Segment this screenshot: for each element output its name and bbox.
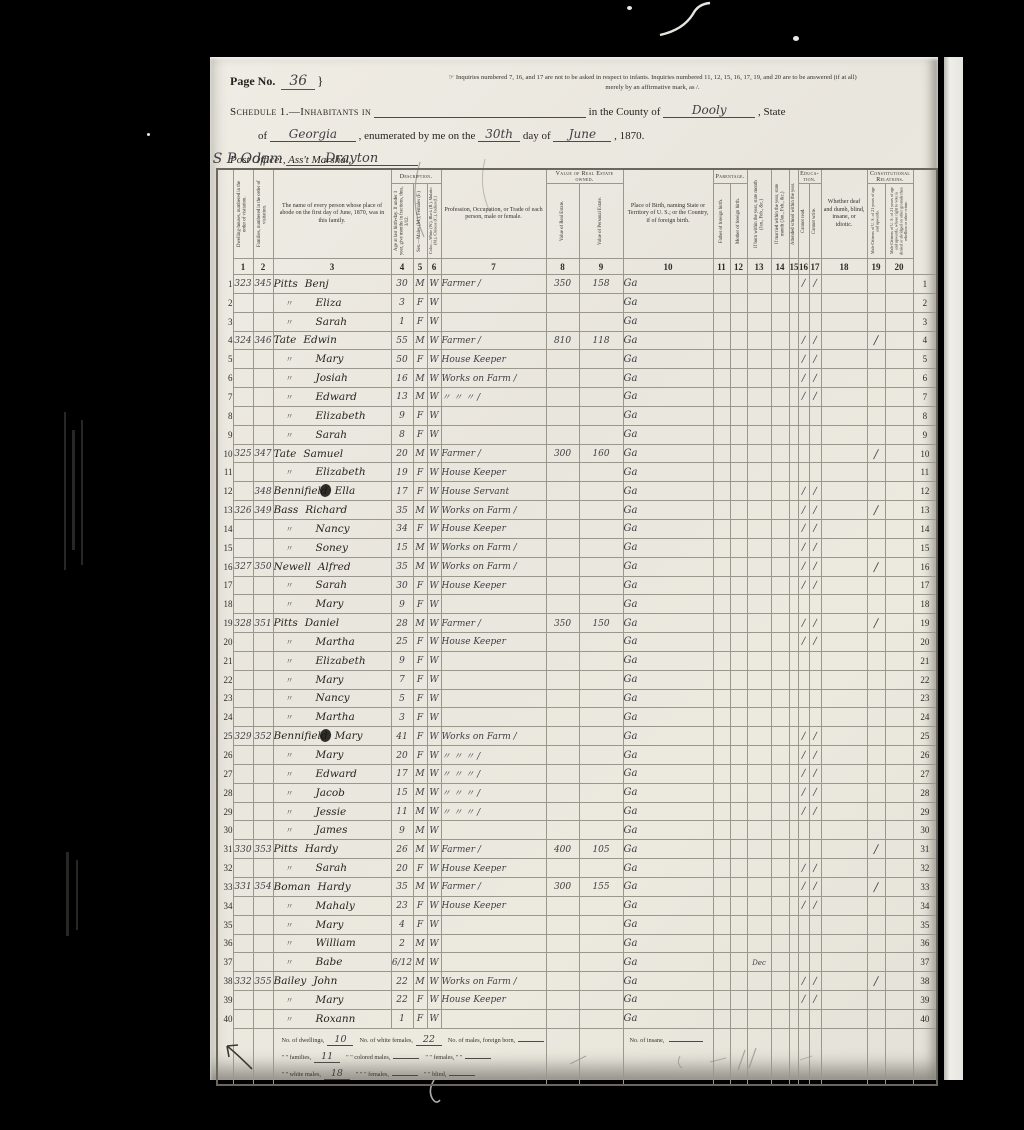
- cell-dwelling-number: [233, 821, 253, 840]
- cell-personal-estate-value: [579, 896, 623, 915]
- cell-male-citizen: [867, 727, 885, 746]
- pencil-scribbles: [560, 1042, 830, 1078]
- cell-age: 16: [391, 369, 413, 388]
- cell-personal-estate-value: [579, 915, 623, 934]
- cell-age: 8: [391, 425, 413, 444]
- table-row: 29〃Jessie11MW〃 〃 〃 /Ga∕∕29: [217, 802, 937, 821]
- cell-birthplace: Ga: [623, 538, 713, 557]
- cell-color: W: [427, 840, 441, 859]
- cell-name: PittsDaniel: [273, 614, 391, 633]
- cell-cannot-read: ∕: [798, 859, 809, 878]
- cell-mother-foreign: [730, 746, 747, 765]
- cell-dwelling-number: [233, 915, 253, 934]
- row-number-left: 34: [217, 896, 233, 915]
- cell-birthplace: Ga: [623, 840, 713, 859]
- cell-birthplace: Ga: [623, 972, 713, 991]
- cell-occupation: Farmer /: [441, 878, 546, 897]
- cell-father-foreign: [713, 350, 730, 369]
- cell-age: 1: [391, 1009, 413, 1028]
- table-row: 22〃Mary7FWGa22: [217, 670, 937, 689]
- cell-male-citizen: ∕: [867, 331, 885, 350]
- cell-attended-school: [789, 576, 798, 595]
- cell-attended-school: [789, 859, 798, 878]
- cell-cannot-write: ∕: [809, 538, 821, 557]
- cell-personal-estate-value: [579, 633, 623, 652]
- cell-marriage-month: [771, 708, 789, 727]
- cell-birthplace: Ga: [623, 444, 713, 463]
- cell-cannot-write: [809, 689, 821, 708]
- cell-age: 34: [391, 519, 413, 538]
- cell-name: BennifieldElla: [273, 482, 391, 501]
- table-row: 26〃Mary20FW〃 〃 〃 /Ga∕∕26: [217, 746, 937, 765]
- row-number-left: 30: [217, 821, 233, 840]
- table-row: 15〃Soney15MWWorks on Farm /Ga∕∕15: [217, 538, 937, 557]
- cell-personal-estate-value: [579, 1009, 623, 1028]
- cell-real-estate-value: [546, 689, 579, 708]
- cell-sex: F: [413, 595, 427, 614]
- cell-father-foreign: [713, 651, 730, 670]
- cell-attended-school: [789, 388, 798, 407]
- cell-mother-foreign: [730, 388, 747, 407]
- cell-occupation: House Keeper: [441, 519, 546, 538]
- cell-citizen-denied: [885, 388, 913, 407]
- cell-name: PittsBenj: [273, 275, 391, 294]
- cell-personal-estate-value: [579, 557, 623, 576]
- cell-dwelling-number: [233, 802, 253, 821]
- cell-birthplace: Ga: [623, 991, 713, 1010]
- cell-name: 〃Sarah: [273, 576, 391, 595]
- cell-cannot-read: [798, 934, 809, 953]
- table-row: 7〃Edward13MW〃 〃 〃 /Ga∕∕7: [217, 388, 937, 407]
- page-number: Page No.36}: [230, 73, 323, 89]
- cell-color: W: [427, 538, 441, 557]
- cell-father-foreign: [713, 991, 730, 1010]
- cell-cannot-write: ∕: [809, 369, 821, 388]
- cell-age: 11: [391, 802, 413, 821]
- cell-mother-foreign: [730, 934, 747, 953]
- cell-father-foreign: [713, 915, 730, 934]
- cell-disability: [821, 859, 867, 878]
- cell-cannot-write: ∕: [809, 557, 821, 576]
- cell-age: 17: [391, 482, 413, 501]
- row-number-left: 40: [217, 1009, 233, 1028]
- cell-disability: [821, 595, 867, 614]
- cell-marriage-month: [771, 275, 789, 294]
- cell-color: W: [427, 972, 441, 991]
- row-number-right: 39: [913, 991, 937, 1010]
- cell-cannot-read: [798, 708, 809, 727]
- cell-cannot-read: ∕: [798, 538, 809, 557]
- row-number-right: 27: [913, 764, 937, 783]
- cell-sex: F: [413, 670, 427, 689]
- cell-birth-month: [747, 633, 771, 652]
- row-number-right: 23: [913, 689, 937, 708]
- cell-birth-month: [747, 293, 771, 312]
- cell-color: W: [427, 425, 441, 444]
- cell-occupation: [441, 293, 546, 312]
- cell-age: 3: [391, 708, 413, 727]
- col-header-occupation: Profession, Occupation, or Trade of each…: [441, 169, 546, 259]
- row-number-left: 7: [217, 388, 233, 407]
- cell-disability: [821, 689, 867, 708]
- cell-real-estate-value: [546, 934, 579, 953]
- cell-birth-month: [747, 312, 771, 331]
- cell-age: 25: [391, 633, 413, 652]
- cell-cannot-read: ∕: [798, 350, 809, 369]
- cell-male-citizen: [867, 576, 885, 595]
- cell-age: 9: [391, 595, 413, 614]
- cell-attended-school: [789, 482, 798, 501]
- table-row: 33331354BomanHardy35MWFarmer /300155Ga∕∕…: [217, 878, 937, 897]
- cell-citizen-denied: [885, 915, 913, 934]
- row-number-right: 1: [913, 275, 937, 294]
- column-number-19: 19: [867, 259, 885, 275]
- cell-birth-month: [747, 896, 771, 915]
- cell-personal-estate-value: [579, 369, 623, 388]
- cell-age: 3: [391, 293, 413, 312]
- cell-attended-school: [789, 840, 798, 859]
- column-number-17: 17: [809, 259, 821, 275]
- cell-cannot-write: [809, 425, 821, 444]
- cell-color: W: [427, 482, 441, 501]
- cell-birthplace: Ga: [623, 388, 713, 407]
- cell-marriage-month: [771, 991, 789, 1010]
- cell-color: W: [427, 821, 441, 840]
- column-number-15: 15: [789, 259, 798, 275]
- cell-attended-school: [789, 275, 798, 294]
- cell-birthplace: Ga: [623, 350, 713, 369]
- cell-occupation: [441, 934, 546, 953]
- table-body: 1323345PittsBenj30MWFarmer /350158Ga∕∕12…: [217, 275, 937, 1029]
- cell-dwelling-number: [233, 1009, 253, 1028]
- cell-disability: [821, 576, 867, 595]
- row-number-right: 20: [913, 633, 937, 652]
- cell-marriage-month: [771, 595, 789, 614]
- cell-attended-school: [789, 953, 798, 972]
- cell-sex: F: [413, 633, 427, 652]
- row-number-left: 27: [217, 764, 233, 783]
- cell-citizen-denied: [885, 991, 913, 1010]
- cell-color: W: [427, 670, 441, 689]
- cell-color: W: [427, 764, 441, 783]
- cell-attended-school: [789, 764, 798, 783]
- cell-cannot-write: ∕: [809, 633, 821, 652]
- cell-cannot-read: ∕: [798, 633, 809, 652]
- cell-name: 〃Mary: [273, 595, 391, 614]
- cell-marriage-month: [771, 538, 789, 557]
- cell-name: 〃Martha: [273, 633, 391, 652]
- cell-family-number: [253, 293, 273, 312]
- row-number-right: 9: [913, 425, 937, 444]
- cell-mother-foreign: [730, 727, 747, 746]
- cell-occupation: [441, 821, 546, 840]
- cell-birthplace: Ga: [623, 802, 713, 821]
- cell-personal-estate-value: [579, 425, 623, 444]
- cell-citizen-denied: [885, 482, 913, 501]
- cell-cannot-write: [809, 953, 821, 972]
- cell-birth-month: Dec: [747, 953, 771, 972]
- cell-father-foreign: [713, 369, 730, 388]
- cell-father-foreign: [713, 293, 730, 312]
- cell-sex: F: [413, 463, 427, 482]
- cell-birthplace: Ga: [623, 821, 713, 840]
- cell-birthplace: Ga: [623, 708, 713, 727]
- cell-family-number: [253, 802, 273, 821]
- row-number-left: 33: [217, 878, 233, 897]
- cell-male-citizen: ∕: [867, 878, 885, 897]
- col-header-color: Color.—White (W.), Black (B.), Mulatto (…: [427, 184, 441, 259]
- cell-citizen-denied: [885, 312, 913, 331]
- cell-marriage-month: [771, 651, 789, 670]
- cell-color: W: [427, 595, 441, 614]
- cell-family-number: 353: [253, 840, 273, 859]
- cell-attended-school: [789, 802, 798, 821]
- cell-citizen-denied: [885, 670, 913, 689]
- cell-marriage-month: [771, 614, 789, 633]
- cell-father-foreign: [713, 331, 730, 350]
- cell-occupation: [441, 651, 546, 670]
- cell-mother-foreign: [730, 651, 747, 670]
- cell-real-estate-value: [546, 670, 579, 689]
- cell-citizen-denied: [885, 783, 913, 802]
- cell-father-foreign: [713, 972, 730, 991]
- table-row: 38332355BaileyJohn22MWWorks on Farm /Ga∕…: [217, 972, 937, 991]
- families-count: 11: [314, 1051, 340, 1063]
- cell-mother-foreign: [730, 1009, 747, 1028]
- cell-family-number: 347: [253, 444, 273, 463]
- cell-birth-month: [747, 764, 771, 783]
- cell-color: W: [427, 406, 441, 425]
- column-number-1: 1: [233, 259, 253, 275]
- cell-cannot-read: ∕: [798, 576, 809, 595]
- cell-sex: F: [413, 312, 427, 331]
- cell-male-citizen: [867, 670, 885, 689]
- cell-mother-foreign: [730, 896, 747, 915]
- cell-sex: M: [413, 275, 427, 294]
- cell-birth-month: [747, 1009, 771, 1028]
- cell-birthplace: Ga: [623, 764, 713, 783]
- row-number-right: 2: [913, 293, 937, 312]
- cell-sex: M: [413, 444, 427, 463]
- cell-dwelling-number: [233, 651, 253, 670]
- row-number-right: 6: [913, 369, 937, 388]
- table-row: 24〃Martha3FWGa24: [217, 708, 937, 727]
- cell-citizen-denied: [885, 934, 913, 953]
- cell-name: 〃Josiah: [273, 369, 391, 388]
- column-number-9: 9: [579, 259, 623, 275]
- cell-marriage-month: [771, 764, 789, 783]
- cell-birthplace: Ga: [623, 293, 713, 312]
- row-number-left: 22: [217, 670, 233, 689]
- column-number-5: 5: [413, 259, 427, 275]
- cell-citizen-denied: [885, 1009, 913, 1028]
- cell-father-foreign: [713, 576, 730, 595]
- cell-attended-school: [789, 293, 798, 312]
- cell-occupation: Farmer /: [441, 275, 546, 294]
- county-value: Dooly: [663, 103, 755, 118]
- cell-age: 41: [391, 727, 413, 746]
- cell-real-estate-value: [546, 746, 579, 765]
- cell-disability: [821, 991, 867, 1010]
- cell-family-number: 354: [253, 878, 273, 897]
- cell-male-citizen: [867, 350, 885, 369]
- column-number-3: 3: [273, 259, 391, 275]
- cell-male-citizen: [867, 783, 885, 802]
- row-number-left: 20: [217, 633, 233, 652]
- cell-color: W: [427, 444, 441, 463]
- cell-cannot-read: [798, 670, 809, 689]
- cell-citizen-denied: [885, 350, 913, 369]
- cell-real-estate-value: [546, 821, 579, 840]
- cell-birthplace: Ga: [623, 576, 713, 595]
- cell-real-estate-value: 350: [546, 275, 579, 294]
- cell-citizen-denied: [885, 444, 913, 463]
- cell-color: W: [427, 633, 441, 652]
- cell-disability: [821, 915, 867, 934]
- cell-father-foreign: [713, 859, 730, 878]
- cell-father-foreign: [713, 519, 730, 538]
- cell-sex: M: [413, 802, 427, 821]
- cell-birthplace: Ga: [623, 1009, 713, 1028]
- cell-color: W: [427, 934, 441, 953]
- cell-birthplace: Ga: [623, 275, 713, 294]
- cell-birthplace: Ga: [623, 614, 713, 633]
- cell-name: 〃William: [273, 934, 391, 953]
- state-value: Georgia: [270, 127, 356, 142]
- cell-occupation: Farmer /: [441, 614, 546, 633]
- cell-sex: F: [413, 915, 427, 934]
- cell-citizen-denied: [885, 538, 913, 557]
- row-number-left: 8: [217, 406, 233, 425]
- cell-dwelling-number: [233, 463, 253, 482]
- cell-color: W: [427, 614, 441, 633]
- cell-personal-estate-value: 158: [579, 275, 623, 294]
- cell-personal-estate-value: [579, 463, 623, 482]
- table-row: 30〃James9MWGa30: [217, 821, 937, 840]
- cell-attended-school: [789, 783, 798, 802]
- cell-occupation: Works on Farm /: [441, 727, 546, 746]
- cell-color: W: [427, 953, 441, 972]
- cell-attended-school: [789, 557, 798, 576]
- cell-marriage-month: [771, 859, 789, 878]
- cell-birthplace: Ga: [623, 501, 713, 520]
- table-row: 6〃Josiah16MWWorks on Farm /Ga∕∕6: [217, 369, 937, 388]
- cell-sex: F: [413, 482, 427, 501]
- cell-dwelling-number: [233, 633, 253, 652]
- column-number-7: 7: [441, 259, 546, 275]
- cell-personal-estate-value: [579, 519, 623, 538]
- cell-personal-estate-value: [579, 501, 623, 520]
- cell-sex: M: [413, 783, 427, 802]
- cell-dwelling-number: [233, 482, 253, 501]
- cell-father-foreign: [713, 275, 730, 294]
- white-males-count: 18: [324, 1068, 350, 1080]
- cell-occupation: Works on Farm /: [441, 538, 546, 557]
- cell-name: 〃Edward: [273, 388, 391, 407]
- cell-cannot-read: ∕: [798, 388, 809, 407]
- cell-disability: [821, 369, 867, 388]
- cell-birthplace: Ga: [623, 727, 713, 746]
- cell-sex: M: [413, 331, 427, 350]
- col-header-disability: Whether deaf and dumb, blind, insane, or…: [821, 169, 867, 259]
- cell-sex: M: [413, 538, 427, 557]
- cell-disability: [821, 878, 867, 897]
- column-number-4: 4: [391, 259, 413, 275]
- cell-marriage-month: [771, 463, 789, 482]
- film-scratch: [81, 420, 83, 565]
- cell-real-estate-value: [546, 369, 579, 388]
- cell-real-estate-value: [546, 463, 579, 482]
- cell-birth-month: [747, 727, 771, 746]
- cell-name: 〃Elizabeth: [273, 463, 391, 482]
- film-speck: [793, 36, 799, 41]
- cell-color: W: [427, 312, 441, 331]
- row-number-left: 35: [217, 915, 233, 934]
- cell-cannot-read: ∕: [798, 557, 809, 576]
- cell-disability: [821, 1009, 867, 1028]
- row-number-left: 39: [217, 991, 233, 1010]
- row-number-left: 16: [217, 557, 233, 576]
- cell-cannot-read: ∕: [798, 519, 809, 538]
- cell-father-foreign: [713, 444, 730, 463]
- cell-disability: [821, 406, 867, 425]
- cell-birthplace: Ga: [623, 859, 713, 878]
- col-header-dwelling: Dwelling-houses, numbered in the order o…: [233, 169, 253, 259]
- cell-father-foreign: [713, 388, 730, 407]
- cell-family-number: 348: [253, 482, 273, 501]
- film-scratch: [66, 852, 69, 936]
- cell-citizen-denied: [885, 802, 913, 821]
- cell-birth-month: [747, 331, 771, 350]
- cell-cannot-read: [798, 595, 809, 614]
- cell-personal-estate-value: [579, 802, 623, 821]
- cell-citizen-denied: [885, 708, 913, 727]
- day-value: 30th: [478, 127, 520, 142]
- cell-cannot-read: ∕: [798, 727, 809, 746]
- cell-family-number: [253, 406, 273, 425]
- cell-age: 6/12: [391, 953, 413, 972]
- cell-mother-foreign: [730, 369, 747, 388]
- cell-sex: M: [413, 840, 427, 859]
- row-number-left: 37: [217, 953, 233, 972]
- col-header-citizen-denied: Male Citizens of U. S. of 21 years of ag…: [885, 184, 913, 259]
- cell-cannot-write: [809, 406, 821, 425]
- cell-name: 〃Soney: [273, 538, 391, 557]
- table-row: 2〃Eliza3FWGa2: [217, 293, 937, 312]
- cell-sex: F: [413, 896, 427, 915]
- cell-family-number: [253, 934, 273, 953]
- cell-family-number: [253, 388, 273, 407]
- col-header-citizen: Male Citizens of U. S. of 21 years of ag…: [867, 184, 885, 259]
- cell-marriage-month: [771, 331, 789, 350]
- column-number-12: 12: [730, 259, 747, 275]
- cell-dwelling-number: [233, 689, 253, 708]
- cell-sex: F: [413, 350, 427, 369]
- cell-birth-month: [747, 878, 771, 897]
- cell-cannot-write: [809, 915, 821, 934]
- cell-cannot-read: [798, 406, 809, 425]
- marshal-signature: S P Odom, Ass't Marshal.: [213, 151, 352, 167]
- col-header-family: Families, numbered in the order of visit…: [253, 169, 273, 259]
- cell-family-number: [253, 670, 273, 689]
- row-number-left: 15: [217, 538, 233, 557]
- cell-color: W: [427, 519, 441, 538]
- cell-citizen-denied: [885, 821, 913, 840]
- cell-cannot-write: [809, 840, 821, 859]
- cell-marriage-month: [771, 689, 789, 708]
- cell-cannot-read: [798, 651, 809, 670]
- cell-mother-foreign: [730, 670, 747, 689]
